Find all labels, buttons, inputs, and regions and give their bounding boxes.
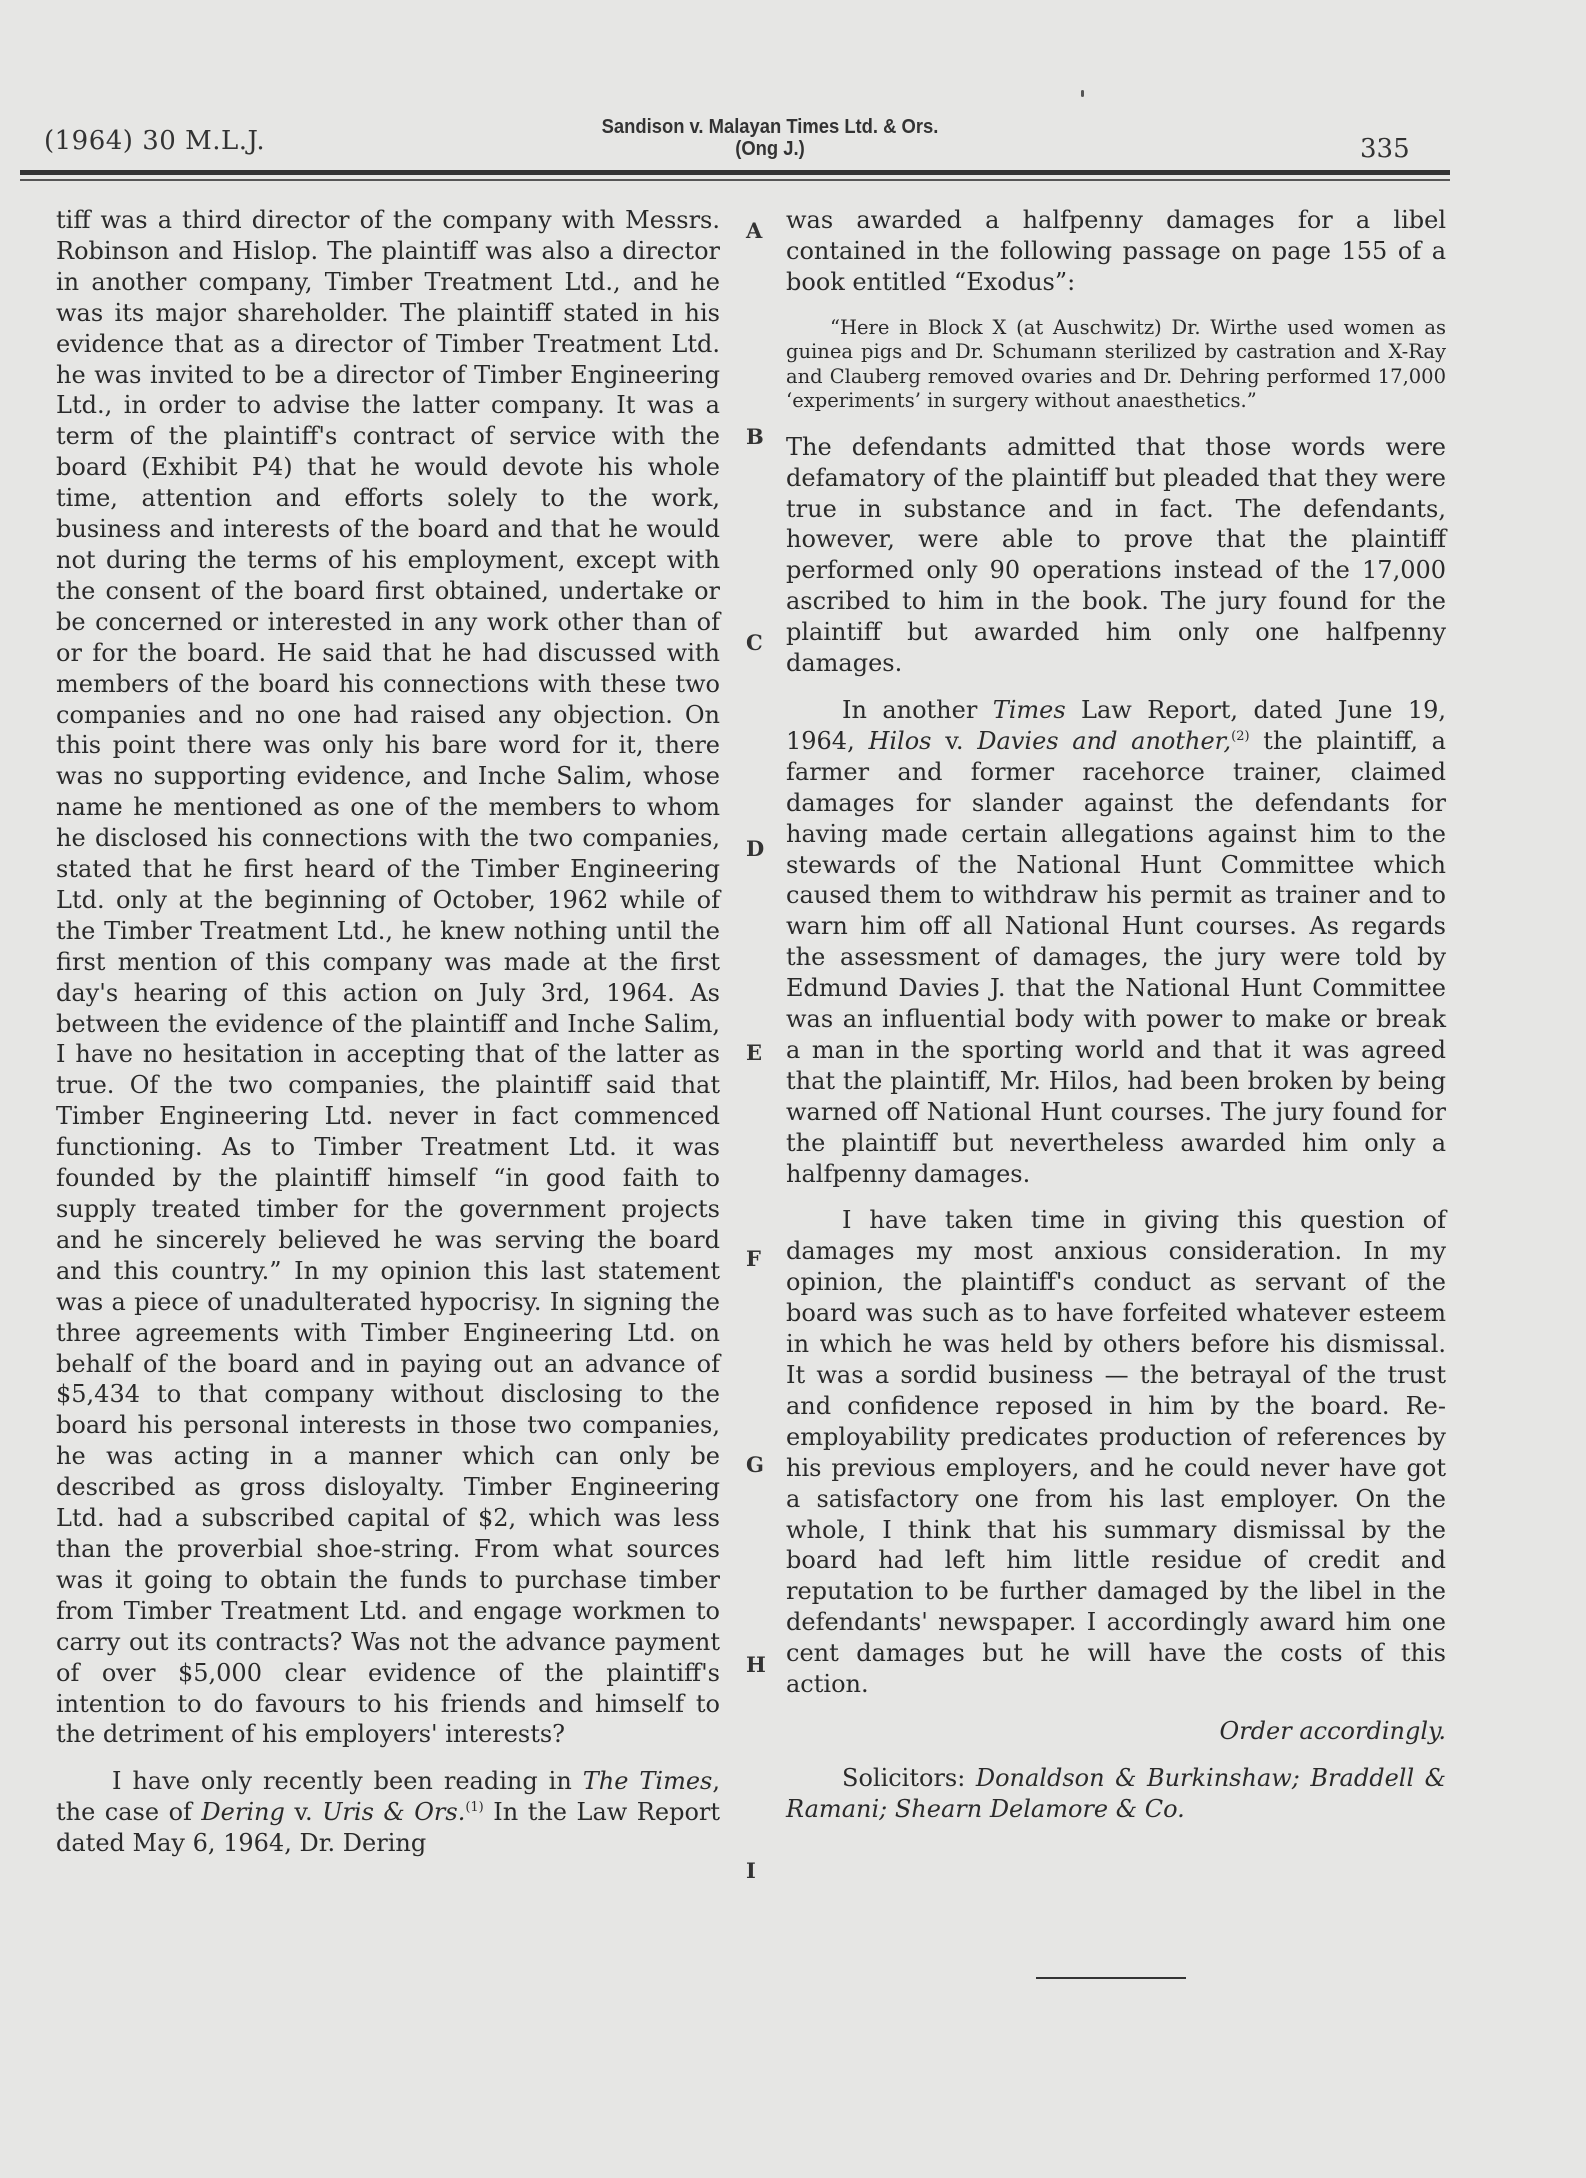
paragraph-continuation: tiff was a third director of the company… [56,205,720,1750]
law-report-page: (1964) 30 M.L.J. Sandison v. Malayan Tim… [0,0,1586,2178]
case-party: Davies and another, [977,727,1231,755]
case-party: Uris & Ors. [322,1798,465,1826]
footnote-ref: (2) [1231,729,1249,744]
solicitors-line: Solicitors: Donaldson & Burkinshaw; Brad… [786,1763,1446,1825]
publication-name: Times [993,696,1066,724]
paragraph-defendants: The defendants admitted that those words… [786,432,1446,679]
margin-letter-g: G [746,1452,764,1477]
left-column: tiff was a third director of the company… [56,205,720,1859]
solicitors-label: Solicitors: [842,1764,976,1792]
header-rule-thick [20,170,1450,175]
margin-letter-b: B [746,424,764,449]
print-speck [1081,90,1084,97]
order-line: Order accordingly. [786,1716,1446,1747]
solicitor-firm: Donaldson & Burkinshaw; [976,1764,1300,1792]
paragraph-dering: I have only recently been reading in The… [56,1766,720,1859]
margin-letter-a: A [746,218,762,243]
margin-letter-e: E [746,1040,762,1065]
paragraph-hilos: In another Times Law Report, dated June … [786,695,1446,1190]
margin-letter-f: F [746,1246,761,1271]
case-title: Sandison v. Malayan Times Ltd. & Ors. [494,116,1046,138]
margin-letter-d: D [746,836,764,861]
citation: (1964) 30 M.L.J. [44,126,265,156]
case-party: Hilos [868,727,931,755]
margin-letter-c: C [746,630,763,655]
margin-letter-h: H [746,1652,766,1677]
header-rule-thin [20,179,1450,181]
paragraph-continuation: was awarded a halfpenny damages for a li… [786,205,1446,298]
paragraph-judgment: I have taken time in giving this questio… [786,1205,1446,1700]
margin-letter-i: I [746,1858,756,1883]
running-title: Sandison v. Malayan Times Ltd. & Ors. (O… [494,116,1046,160]
judge-name: (Ong J.) [494,138,1046,160]
case-party: Dering [201,1798,284,1826]
closing-rule [1036,1977,1186,1979]
right-column: was awarded a halfpenny damages for a li… [786,205,1446,1825]
publication-name: The Times [583,1767,713,1795]
page-number: 335 [1360,134,1410,164]
footnote-ref: (1) [465,1800,483,1815]
block-quote: “Here in Block X (at Auschwitz) Dr. Wirt… [786,316,1446,414]
